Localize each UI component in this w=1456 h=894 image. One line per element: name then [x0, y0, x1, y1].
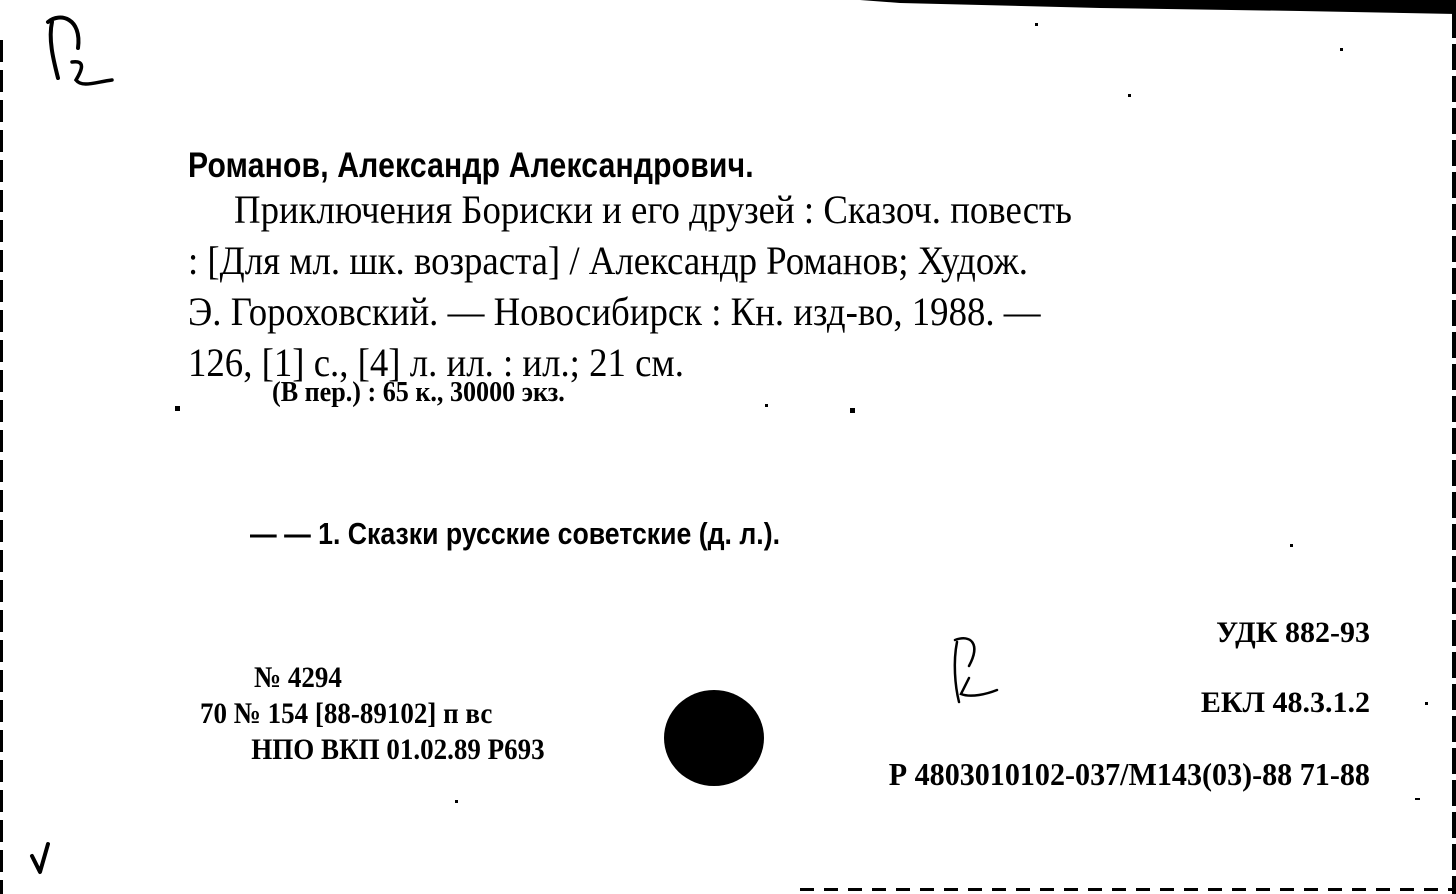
- description-line: : [Для мл. шк. возраста] / Александр Ром…: [188, 235, 1264, 286]
- print-info-line: № 4294: [200, 660, 545, 696]
- punch-hole: [664, 690, 764, 786]
- scan-edge-left: [0, 40, 3, 894]
- catalog-card: Романов, Александр Александрович. Приклю…: [0, 0, 1456, 894]
- checkmark-icon: [28, 838, 68, 878]
- publication-code: Р 4803010102-037/М143(03)-88 71-88: [889, 756, 1370, 793]
- print-info-line: 70 № 154 [88-89102] п вс: [200, 696, 545, 732]
- ekl-code: ЕКЛ 48.3.1.2: [1201, 686, 1370, 720]
- author-heading: Романов, Александр Александрович.: [188, 146, 754, 186]
- udk-code: УДК 882-93: [1216, 616, 1370, 650]
- description-line: Приключения Бориски и его друзей : Сказо…: [188, 184, 1264, 235]
- handwritten-mark-icon: [30, 10, 120, 90]
- scan-edge-right: [1452, 12, 1456, 894]
- scan-edge-bottom: [800, 888, 1456, 891]
- bibliographic-description: Приключения Бориски и его друзей : Сказо…: [188, 184, 1358, 388]
- handwritten-mark-icon: [935, 630, 1015, 710]
- print-info: № 4294 70 № 154 [88-89102] п вс НПО ВКП …: [200, 660, 583, 768]
- scan-edge-top: [0, 0, 1456, 16]
- print-info-line: НПО ВКП 01.02.89 Р693: [200, 732, 545, 768]
- subject-heading: — — 1. Сказки русские советские (д. л.).: [250, 516, 780, 552]
- price-line: (В пер.) : 65 к., 30000 экз.: [272, 376, 565, 409]
- description-line: Э. Гороховский. — Новосибирск : Кн. изд-…: [188, 286, 1264, 337]
